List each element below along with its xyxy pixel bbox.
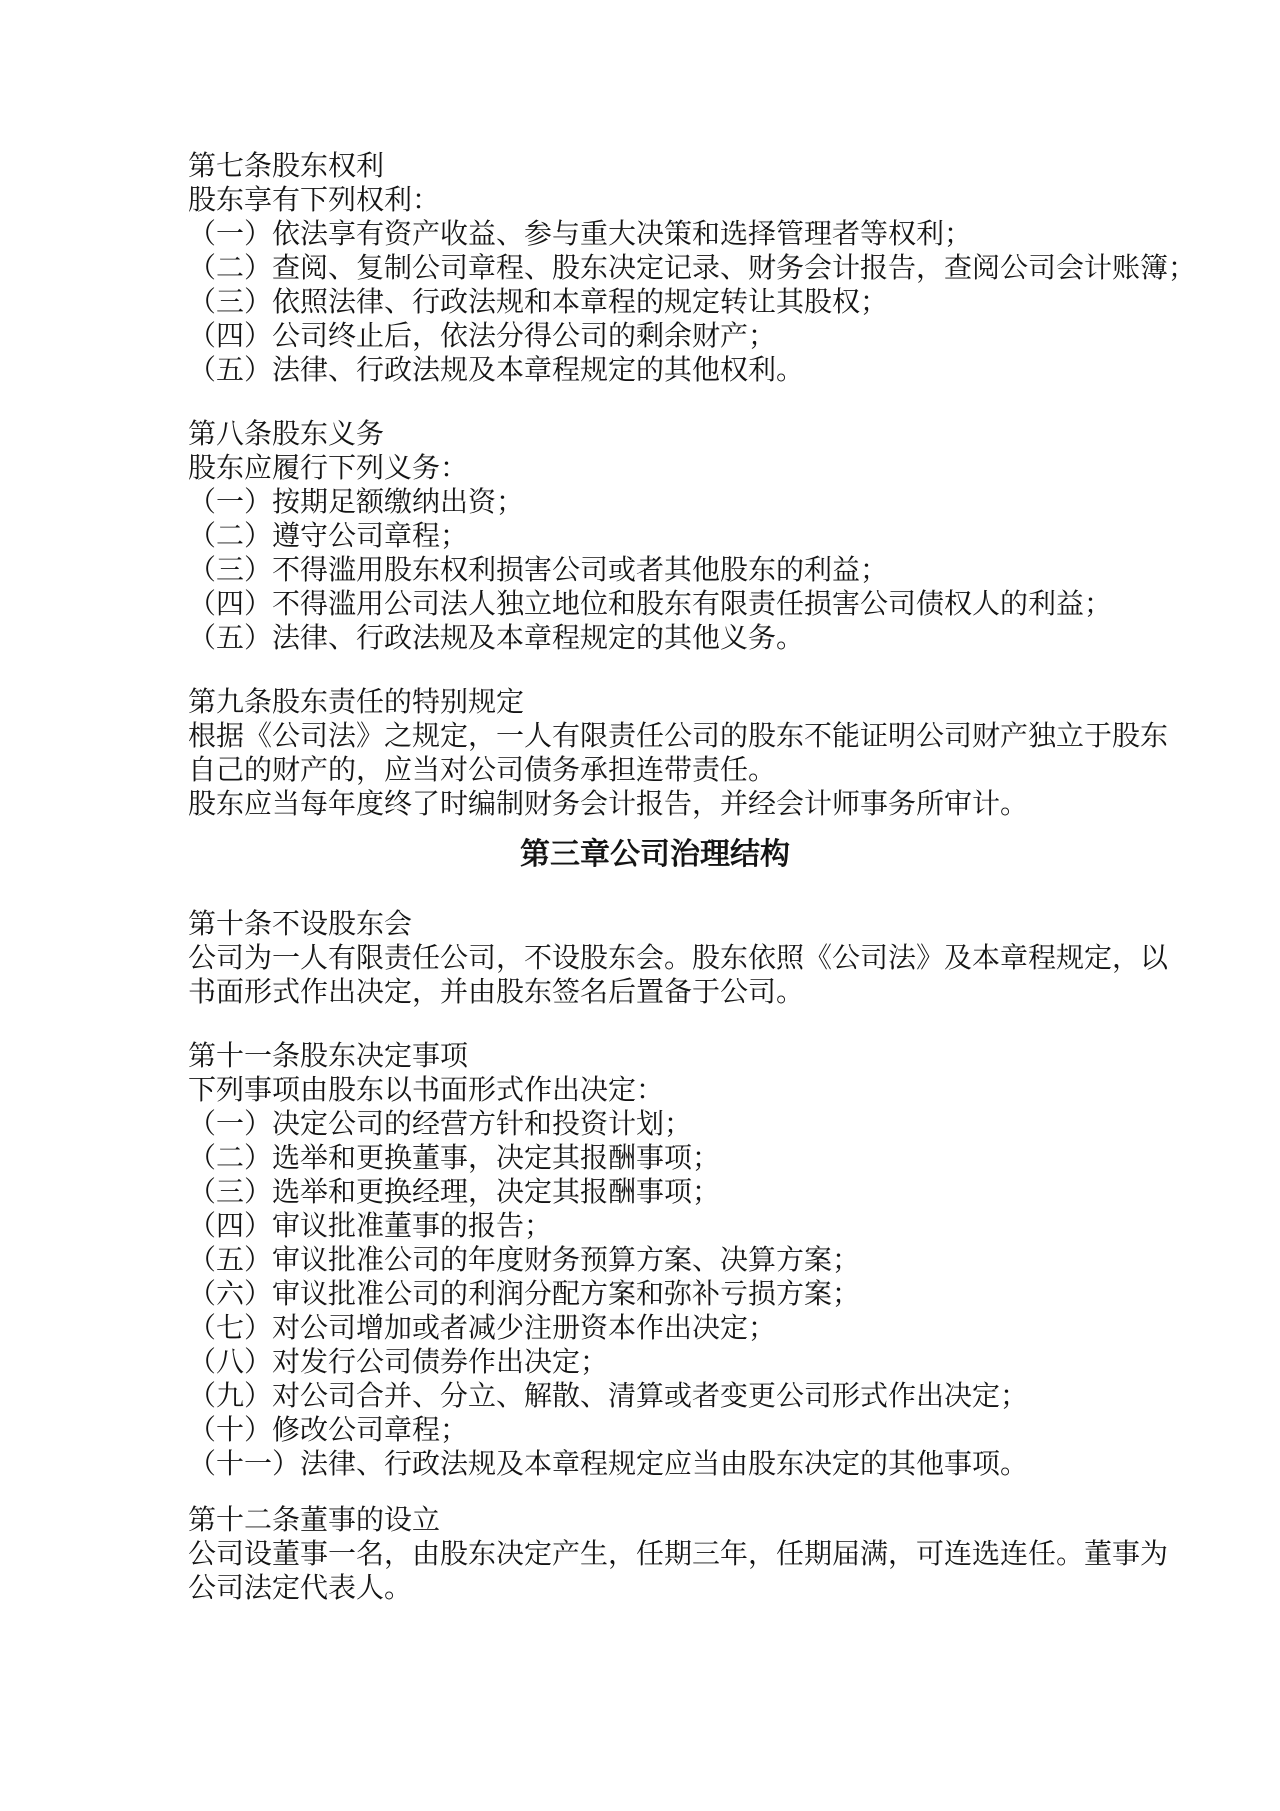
- document-line: 股东应当每年度终了时编制财务会计报告，并经会计师事务所审计。: [188, 788, 1122, 822]
- document-line: 第十条不设股东会: [188, 908, 1122, 942]
- document-line: （四）审议批准董事的报告；: [188, 1210, 1122, 1244]
- article-10: 第十条不设股东会公司为一人有限责任公司，不设股东会。股东依照《公司法》及本章程规…: [188, 908, 1122, 1010]
- document-line: （二）选举和更换董事，决定其报酬事项；: [188, 1142, 1122, 1176]
- document-line: 公司法定代表人。: [188, 1572, 1122, 1606]
- document-line: （一）按期足额缴纳出资；: [188, 486, 1122, 520]
- document-line: （六）审议批准公司的利润分配方案和弥补亏损方案；: [188, 1278, 1122, 1312]
- article-8: 第八条股东义务股东应履行下列义务：（一）按期足额缴纳出资；（二）遵守公司章程；（…: [188, 418, 1122, 656]
- article-9: 第九条股东责任的特别规定根据《公司法》之规定，一人有限责任公司的股东不能证明公司…: [188, 686, 1122, 822]
- document-line: 自己的财产的，应当对公司债务承担连带责任。: [188, 754, 1122, 788]
- document-line: （三）不得滥用股东权利损害公司或者其他股东的利益；: [188, 554, 1122, 588]
- document-line: （九）对公司合并、分立、解散、清算或者变更公司形式作出决定；: [188, 1380, 1122, 1414]
- document-page: 第七条股东权利股东享有下列权利：（一）依法享有资产收益、参与重大决策和选择管理者…: [0, 0, 1280, 1811]
- document-line: （二）查阅、复制公司章程、股东决定记录、财务会计报告，查阅公司会计账簿；: [188, 252, 1122, 286]
- document-line: （七）对公司增加或者减少注册资本作出决定；: [188, 1312, 1122, 1346]
- document-line: （一）依法享有资产收益、参与重大决策和选择管理者等权利；: [188, 218, 1122, 252]
- document-line: （三）依照法律、行政法规和本章程的规定转让其股权；: [188, 286, 1122, 320]
- document-line: 第十一条股东决定事项: [188, 1040, 1122, 1074]
- document-line: 第八条股东义务: [188, 418, 1122, 452]
- document-line: （二）遵守公司章程；: [188, 520, 1122, 554]
- document-line: （一）决定公司的经营方针和投资计划；: [188, 1108, 1122, 1142]
- document-line: （十）修改公司章程；: [188, 1414, 1122, 1448]
- article-7: 第七条股东权利股东享有下列权利：（一）依法享有资产收益、参与重大决策和选择管理者…: [188, 150, 1122, 388]
- document-line: 书面形式作出决定，并由股东签名后置备于公司。: [188, 976, 1122, 1010]
- article-12: 第十二条董事的设立公司设董事一名，由股东决定产生，任期三年，任期届满，可连选连任…: [188, 1504, 1122, 1606]
- document-line: 第七条股东权利: [188, 150, 1122, 184]
- document-line: （四）不得滥用公司法人独立地位和股东有限责任损害公司债权人的利益；: [188, 588, 1122, 622]
- article-11: 第十一条股东决定事项下列事项由股东以书面形式作出决定：（一）决定公司的经营方针和…: [188, 1040, 1122, 1482]
- document-line: 下列事项由股东以书面形式作出决定：: [188, 1074, 1122, 1108]
- document-line: （五）法律、行政法规及本章程规定的其他权利。: [188, 354, 1122, 388]
- document-line: （五）审议批准公司的年度财务预算方案、决算方案；: [188, 1244, 1122, 1278]
- document-line: （五）法律、行政法规及本章程规定的其他义务。: [188, 622, 1122, 656]
- document-line: 根据《公司法》之规定，一人有限责任公司的股东不能证明公司财产独立于股东: [188, 720, 1122, 754]
- document-line: 第十二条董事的设立: [188, 1504, 1122, 1538]
- document-line: 股东应履行下列义务：: [188, 452, 1122, 486]
- document-content: 第七条股东权利股东享有下列权利：（一）依法享有资产收益、参与重大决策和选择管理者…: [188, 150, 1122, 1606]
- document-line: （十一）法律、行政法规及本章程规定应当由股东决定的其他事项。: [188, 1448, 1122, 1482]
- document-line: （八）对发行公司债券作出决定；: [188, 1346, 1122, 1380]
- chapter-3-heading: 第三章公司治理结构: [188, 838, 1122, 872]
- document-line: （四）公司终止后，依法分得公司的剩余财产；: [188, 320, 1122, 354]
- document-line: 股东享有下列权利：: [188, 184, 1122, 218]
- document-line: （三）选举和更换经理，决定其报酬事项；: [188, 1176, 1122, 1210]
- document-line: 第九条股东责任的特别规定: [188, 686, 1122, 720]
- document-line: 公司设董事一名，由股东决定产生，任期三年，任期届满，可连选连任。董事为: [188, 1538, 1122, 1572]
- document-line: 公司为一人有限责任公司，不设股东会。股东依照《公司法》及本章程规定，以: [188, 942, 1122, 976]
